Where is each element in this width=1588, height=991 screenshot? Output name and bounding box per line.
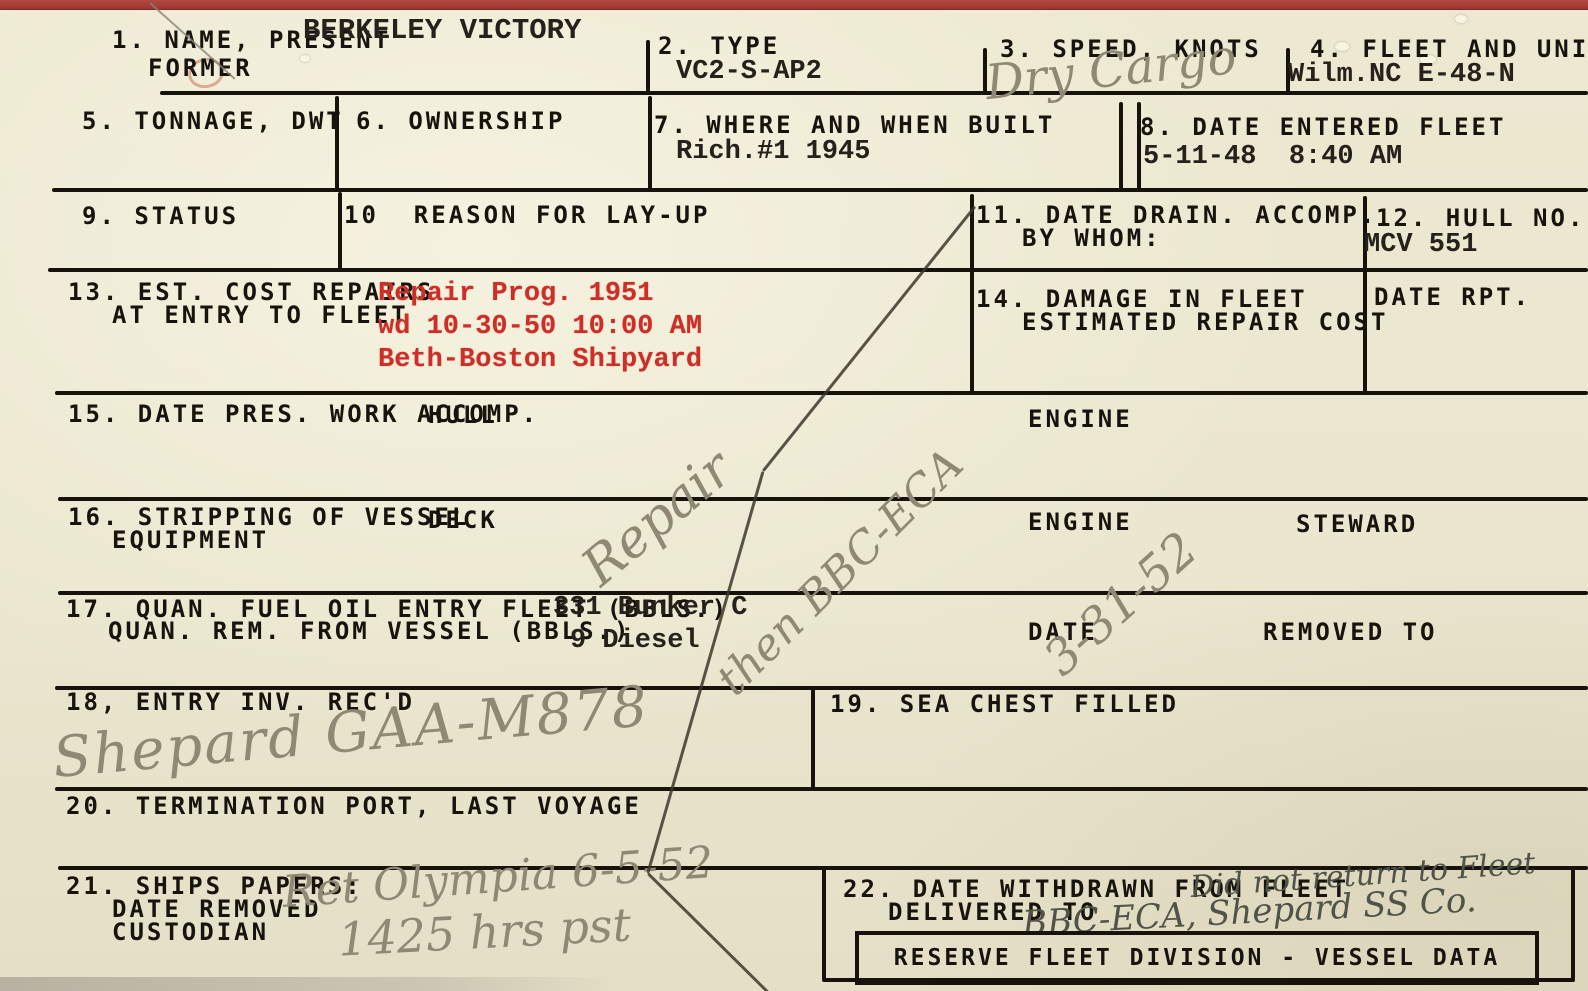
vertical-rule xyxy=(1119,102,1123,190)
field4-label: 4. FLEET AND UNIT xyxy=(1310,35,1588,63)
field4-value-fleet-unit: Wilm.NC E-48-N xyxy=(1288,60,1515,90)
paper-speck xyxy=(1455,15,1467,23)
field13-red-line2: wd 10-30-50 10:00 AM xyxy=(378,312,702,342)
field16-steward-label: STEWARD xyxy=(1296,510,1418,538)
field1-value-ship-name: BERKELEY VICTORY xyxy=(303,14,581,47)
field13-label-line2: AT ENTRY TO FLEET xyxy=(112,301,409,329)
vessel-data-card: { "card": { "footer_title": "RESERVE FLE… xyxy=(0,0,1588,991)
footer-title: RESERVE FLEET DIVISION - VESSEL DATA xyxy=(894,945,1501,971)
vertical-rule xyxy=(646,40,650,93)
scan-edge-shadow xyxy=(0,977,620,991)
field13-red-line1: Repair Prog. 1951 xyxy=(378,279,653,309)
field15-engine-label: ENGINE xyxy=(1028,405,1133,433)
pencil-strike-line xyxy=(762,206,976,472)
vertical-rule xyxy=(822,868,826,980)
vertical-rule xyxy=(338,192,342,270)
field2-value-type: VC2-S-AP2 xyxy=(676,57,822,87)
horizontal-rule xyxy=(48,268,1588,272)
field16-engine-label: ENGINE xyxy=(1028,508,1133,536)
field13-red-line3: Beth-Boston Shipyard xyxy=(378,345,702,375)
footer-title-box: RESERVE FLEET DIVISION - VESSEL DATA xyxy=(855,931,1539,985)
vertical-rule xyxy=(648,96,652,190)
field11-label-line2: BY WHOM: xyxy=(1022,224,1162,252)
field12-label: 12. HULL NO. xyxy=(1376,204,1585,232)
field12-value-hull-no: MCV 551 xyxy=(1364,230,1477,260)
field1-label-line2: FORMER xyxy=(148,54,253,82)
field16-deck-label: DECK xyxy=(428,506,498,534)
field2-label: 2. TYPE xyxy=(658,32,780,60)
diagonal-note-date: 3-31-52 xyxy=(1033,521,1208,686)
horizontal-rule xyxy=(55,787,1588,791)
field14-date-rpt-label: DATE RPT. xyxy=(1374,283,1531,311)
field21-label-line3: CUSTODIAN xyxy=(112,918,269,946)
field16-label-line2: EQUIPMENT xyxy=(112,526,269,554)
horizontal-rule xyxy=(58,497,1588,501)
field19-label: 19. SEA CHEST FILLED xyxy=(830,690,1179,718)
card-top-edge-strip xyxy=(0,0,1588,10)
field8-label: 8. DATE ENTERED FLEET xyxy=(1140,113,1506,141)
field14-label-line2: ESTIMATED REPAIR COST xyxy=(1022,308,1388,336)
horizontal-rule xyxy=(160,91,1588,95)
field10-label: 10 REASON FOR LAY-UP xyxy=(344,201,710,229)
pencil-strike-line xyxy=(647,872,769,991)
field20-label: 20. TERMINATION PORT, LAST VOYAGE xyxy=(66,792,642,820)
field7-value-built: Rich.#1 1945 xyxy=(676,137,870,167)
vertical-rule xyxy=(811,688,815,789)
field5-label: 5. TONNAGE, DWT xyxy=(82,107,344,135)
field8-value-date-entered: 5-11-48 8:40 AM xyxy=(1143,142,1402,172)
field17-value-diesel: 9 Diesel xyxy=(570,626,700,656)
field9-label: 9. STATUS xyxy=(82,202,239,230)
vertical-rule xyxy=(970,270,974,393)
vertical-rule xyxy=(1571,868,1575,980)
field17-removed-to-label: REMOVED TO xyxy=(1263,618,1438,646)
diagonal-note-then-bbc-eca: then BBC-ECA xyxy=(707,439,974,706)
field7-label: 7. WHERE AND WHEN BUILT xyxy=(654,111,1055,139)
paper-speck xyxy=(300,55,310,62)
field15-hull-label: HULL xyxy=(428,401,498,429)
horizontal-rule xyxy=(52,188,1588,192)
field6-label: 6. OWNERSHIP xyxy=(356,107,565,135)
diagonal-note-repair: Repair xyxy=(571,439,744,598)
